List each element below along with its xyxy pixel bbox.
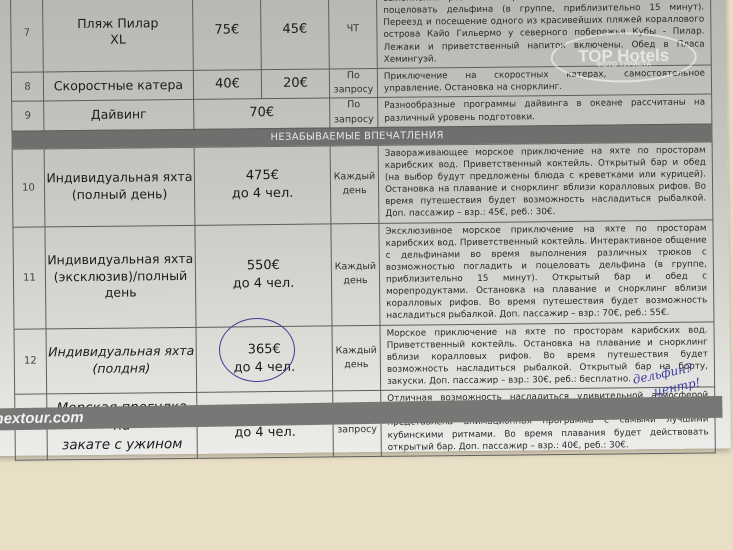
watermark-tagline: ФОТО ТУРИСТА bbox=[553, 60, 695, 71]
name-line: (полдня) bbox=[47, 360, 196, 378]
price: 550€ до 4 чел. bbox=[195, 223, 332, 326]
price: 70€ bbox=[194, 98, 330, 129]
name-line: день bbox=[46, 284, 195, 302]
price-child: 20€ bbox=[261, 69, 329, 99]
schedule-line: день bbox=[333, 358, 380, 373]
name-line: (полный день) bbox=[45, 186, 194, 204]
name-line: (эксклюзив)/полный bbox=[46, 267, 195, 285]
schedule-line: запросу bbox=[334, 423, 381, 438]
name-line: Индивидуальная яхта bbox=[45, 169, 194, 187]
price-value: 550€ bbox=[196, 256, 331, 276]
schedule: Каждый день bbox=[330, 145, 379, 223]
name-line: Индивидуальная яхта bbox=[47, 343, 196, 361]
capacity: до 4 чел. bbox=[197, 358, 332, 378]
schedule-line: день bbox=[332, 274, 379, 289]
price-adult: 75€ bbox=[192, 0, 261, 70]
name-line: Индивидуальная яхта bbox=[46, 251, 195, 269]
price-value: 365€ bbox=[197, 340, 332, 360]
row-number: 12 bbox=[14, 328, 47, 394]
row-number: 9 bbox=[12, 101, 44, 131]
excursion-price-sheet: 7 Пляж Пилар XL 75€ 45€ ЧТ выполнения ра… bbox=[0, 0, 731, 456]
excursion-name: Пляж Пилар XL bbox=[43, 0, 194, 72]
excursion-name: Дайвинг bbox=[44, 100, 194, 131]
table-row: 11 Индивидуальная яхта (эксклюзив)/полны… bbox=[13, 219, 714, 328]
name-line: закате с ужином bbox=[48, 434, 197, 454]
schedule: Каждый день bbox=[331, 223, 380, 325]
schedule-line: Каждый bbox=[333, 344, 380, 359]
excursion-name: Индивидуальная яхта (полный день) bbox=[44, 147, 195, 226]
name-line: Пляж Пилар bbox=[43, 14, 192, 32]
table-row: 10 Индивидуальная яхта (полный день) 475… bbox=[12, 142, 713, 227]
row-number: 7 bbox=[11, 0, 44, 72]
row-number: 11 bbox=[13, 226, 46, 328]
table-row: 12 Индивидуальная яхта (полдня) 365€ до … bbox=[14, 321, 715, 394]
price-child: 45€ bbox=[260, 0, 329, 69]
capacity: до 4 чел. bbox=[198, 424, 333, 444]
capacity: до 4 чел. bbox=[195, 185, 330, 205]
name-line: XL bbox=[43, 31, 192, 49]
excursion-name: Индивидуальная яхта (эксклюзив)/полный д… bbox=[45, 225, 196, 329]
schedule-line: запросу bbox=[330, 112, 377, 127]
schedule-line: По bbox=[330, 69, 377, 84]
description: Завораживающее морское приключение на ях… bbox=[378, 142, 713, 223]
schedule: По запросу bbox=[329, 68, 377, 98]
footer-site: nextour.com bbox=[0, 409, 84, 428]
schedule-line: По bbox=[330, 98, 377, 113]
excursion-name: Индивидуальная яхта (полдня) bbox=[46, 327, 197, 394]
schedule-line: запросу bbox=[330, 83, 377, 98]
price: 475€ до 4 чел. bbox=[194, 146, 331, 225]
price-adult: 40€ bbox=[193, 69, 261, 99]
schedule: По запросу bbox=[330, 98, 378, 128]
description: Эксклюзивное морское приключение на яхте… bbox=[379, 219, 714, 324]
row-number: 10 bbox=[12, 149, 45, 227]
price-value: 475€ bbox=[195, 166, 330, 186]
schedule-line: Каждый bbox=[332, 260, 379, 275]
description: Разнообразные программы дайвинга в океан… bbox=[378, 94, 712, 127]
schedule-line: Каждый bbox=[331, 170, 378, 185]
excursion-name: Скоростные катера bbox=[43, 70, 193, 101]
capacity: до 4 чел. bbox=[196, 274, 331, 294]
row-number: 8 bbox=[11, 72, 43, 102]
schedule: ЧТ bbox=[328, 0, 377, 69]
schedule: Каждый день bbox=[332, 325, 381, 391]
schedule-line: день bbox=[331, 184, 378, 199]
section-title-text: НЕЗАБЫВАЕМЫЕ ВПЕЧАТЛЕНИЯ bbox=[270, 130, 443, 143]
price: 365€ до 4 чел. bbox=[196, 325, 333, 392]
